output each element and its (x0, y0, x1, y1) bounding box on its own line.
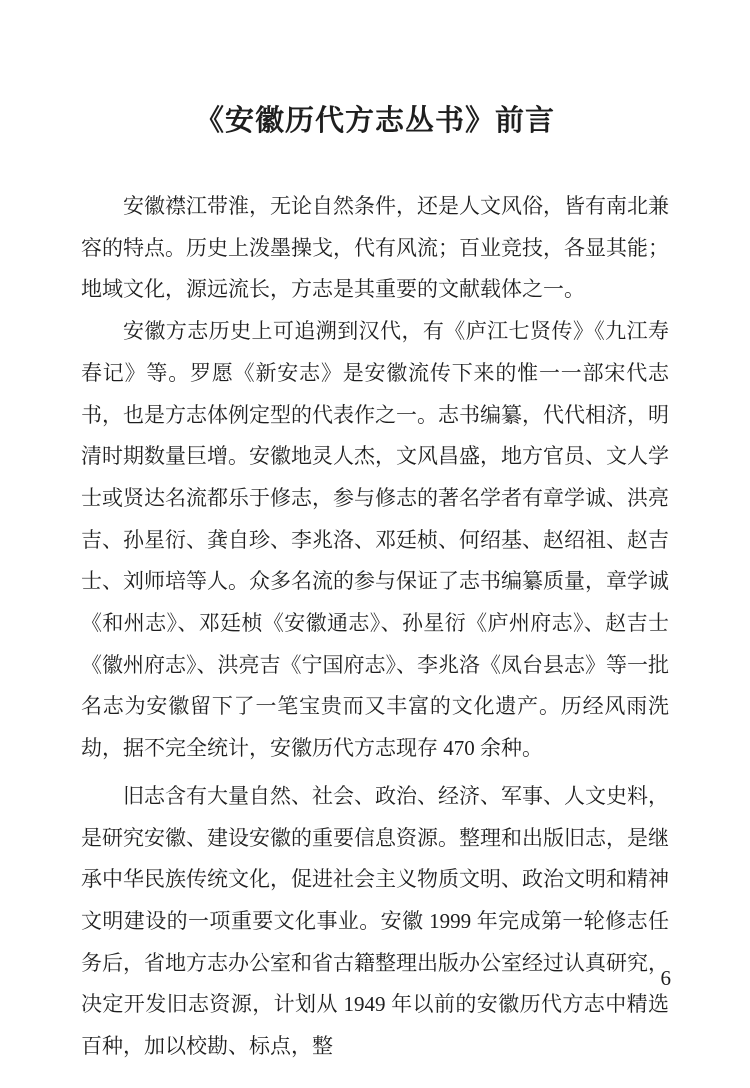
paragraph-intro: 安徽襟江带淮，无论自然条件，还是人文风俗，皆有南北兼容的特点。历史上泼墨操戈，代… (81, 186, 669, 311)
paragraph-history: 安徽方志历史上可追溯到汉代，有《庐江七贤传》《九江寿春记》等。罗愿《新安志》是安… (81, 311, 669, 770)
paragraph-old-chronicles: 旧志含有大量自然、社会、政治、经济、军事、人文史料，是研究安徽、建设安徽的重要信… (81, 776, 669, 1068)
document-body: 安徽襟江带淮，无论自然条件，还是人文风俗，皆有南北兼容的特点。历史上泼墨操戈，代… (81, 186, 669, 1068)
page-title: 《安徽历代方志丛书》前言 (0, 0, 750, 139)
document-page: 《安徽历代方志丛书》前言 安徽襟江带淮，无论自然条件，还是人文风俗，皆有南北兼容… (0, 0, 750, 1088)
page-number: 6 (661, 966, 672, 991)
